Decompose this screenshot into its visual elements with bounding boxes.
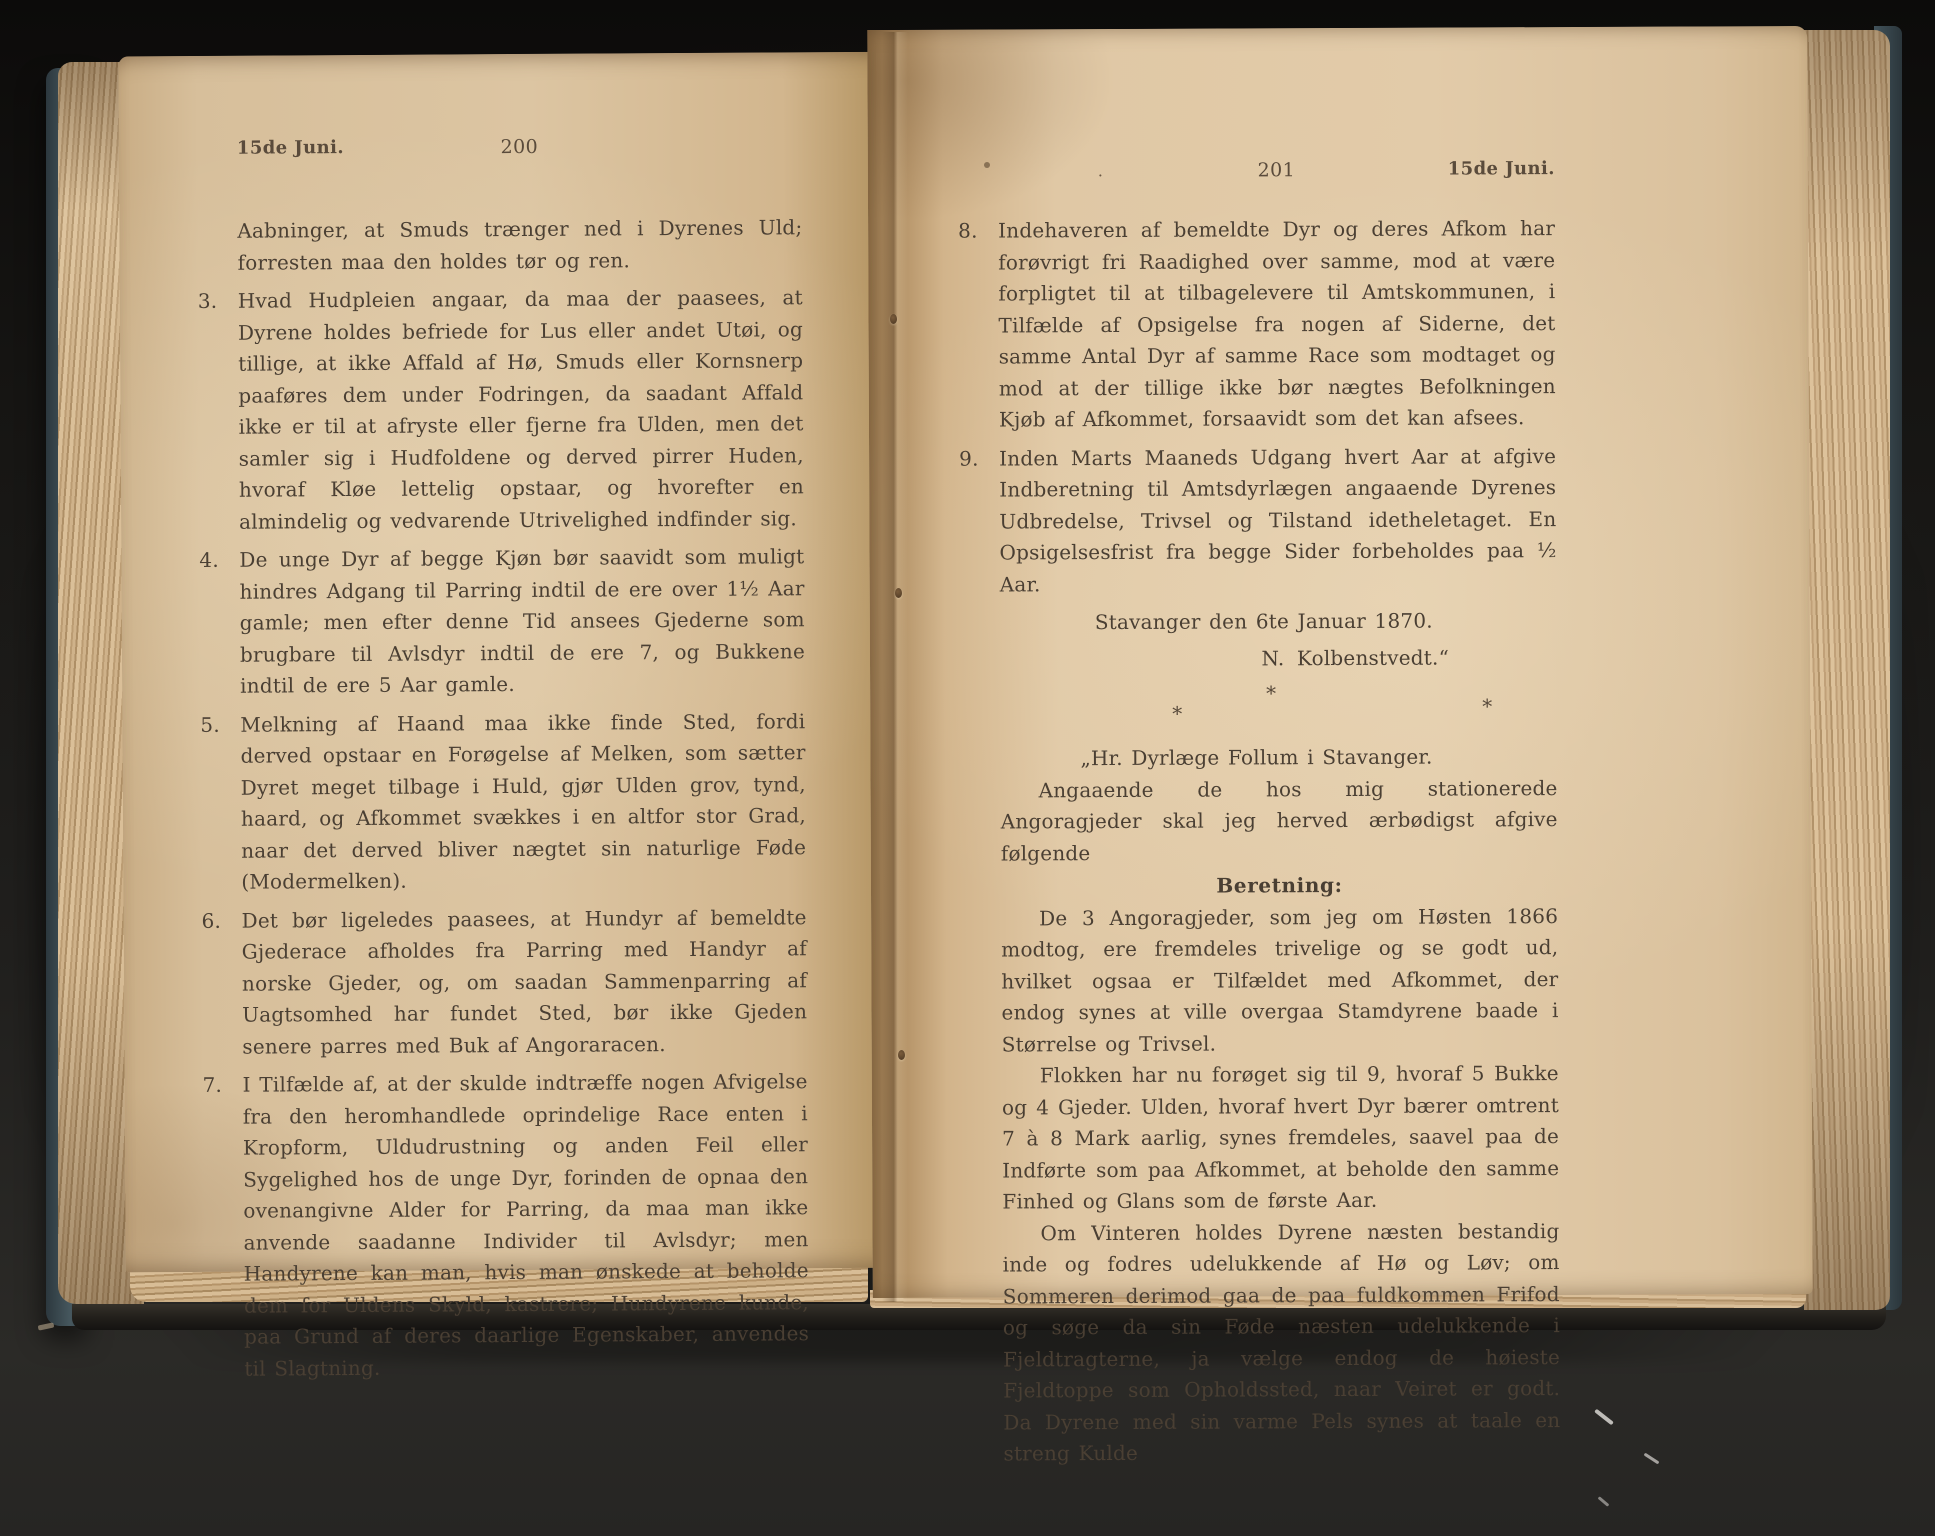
item-text: De unge Dyr af begge Kjøn bør saavidt so… xyxy=(239,544,805,697)
item-text: Inden Marts Maaneds Udgang hvert Aar at … xyxy=(999,444,1557,596)
letter-intro: Angaaende de hos mig stationerede Angora… xyxy=(1000,773,1557,870)
photo-scratch xyxy=(1594,1409,1614,1426)
running-title-right: 15de Juni. xyxy=(1448,158,1555,179)
page-stack-right-edge xyxy=(1804,30,1890,1310)
date-line: Stavanger den 6te Januar 1870. xyxy=(1095,605,1557,639)
page-left-header: 15de Juni. 200 xyxy=(237,134,802,167)
letter-paragraph: De 3 Angoragjeder, som jeg om Høsten 186… xyxy=(1001,901,1559,1061)
section-separator: * * * xyxy=(1000,679,1557,733)
book-gutter xyxy=(882,32,908,1302)
list-item-5: 5. Melkning af Haand maa ikke finde Sted… xyxy=(240,706,806,898)
item-number: 5. xyxy=(200,709,220,741)
signature: N. Kolbenstvedt.“ xyxy=(1000,642,1557,676)
page-left: 15de Juni. 200 Aabninger, at Smuds træng… xyxy=(118,52,915,1273)
page-right-text: 8. Indehaveren af bemeldte Dyr og deres … xyxy=(998,213,1560,1470)
page-number-left: 200 xyxy=(501,136,539,158)
asterisk-icon: * xyxy=(1266,678,1276,710)
item-number: 7. xyxy=(202,1070,222,1102)
list-item-6: 6. Det bør ligeledes paasees, at Hundyr … xyxy=(241,902,807,1063)
list-item-3: 3. Hvad Hudpleien angaar, da maa der paa… xyxy=(238,282,805,537)
photo-scratch xyxy=(1598,1496,1610,1507)
item-number: 9. xyxy=(959,443,979,475)
asterisk-icon: * xyxy=(1482,691,1492,723)
running-title-left: 15de Juni. xyxy=(237,137,344,159)
paper-speck xyxy=(984,162,990,168)
stitch-hole-icon xyxy=(895,588,902,598)
list-item-7: 7. I Tilfælde af, at der skulde indtræff… xyxy=(242,1066,809,1384)
item-number: 3. xyxy=(198,286,218,318)
item-number: 8. xyxy=(958,216,978,248)
item-text: Hvad Hudpleien angaar, da maa der paasee… xyxy=(238,285,804,533)
letter-paragraph: Om Vinteren holdes Dyrene næsten bestand… xyxy=(1002,1216,1560,1470)
item-number: 4. xyxy=(199,545,219,577)
photo-scratch xyxy=(1644,1453,1660,1465)
item-text: Melkning af Haand maa ikke finde Sted, f… xyxy=(240,709,806,894)
asterisk-icon: * xyxy=(1172,699,1182,731)
page-right-header: · 201 15de Juni. xyxy=(998,158,1555,190)
paragraph-continuation: Aabninger, at Smuds trænger ned i Dyrene… xyxy=(237,212,802,278)
letter-paragraph: Flokken har nu forøget sig til 9, hvoraf… xyxy=(1002,1058,1560,1218)
photo-background: 15de Juni. 200 Aabninger, at Smuds træng… xyxy=(0,0,1935,1536)
stitch-hole-icon xyxy=(898,1050,905,1060)
letter-salutation: „Hr. Dyrlæge Follum i Stavanger. xyxy=(1080,741,1557,775)
list-item-8: 8. Indehaveren af bemeldte Dyr og deres … xyxy=(998,213,1556,436)
item-text: Indehaveren af bemeldte Dyr og deres Afk… xyxy=(998,216,1556,431)
item-text: Det bør ligeledes paasees, at Hundyr af … xyxy=(241,905,807,1058)
item-number: 6. xyxy=(201,905,221,937)
page-number-right: 201 xyxy=(1258,159,1296,181)
item-text: I Tilfælde af, at der skulde indtræffe n… xyxy=(243,1069,810,1380)
page-left-text: Aabninger, at Smuds trænger ned i Dyrene… xyxy=(237,212,809,1391)
book: 15de Juni. 200 Aabninger, at Smuds træng… xyxy=(46,22,1902,1318)
list-item-4: 4. De unge Dyr af begge Kjøn bør saavidt… xyxy=(239,541,805,702)
report-heading: Beretning: xyxy=(1001,869,1558,903)
page-right: · 201 15de Juni. 8. Indehaveren af bemel… xyxy=(867,26,1813,1298)
stitch-hole-icon xyxy=(890,314,897,324)
list-item-9: 9. Inden Marts Maaneds Udgang hvert Aar … xyxy=(999,441,1557,601)
header-dot-mark: · xyxy=(1098,166,1104,185)
